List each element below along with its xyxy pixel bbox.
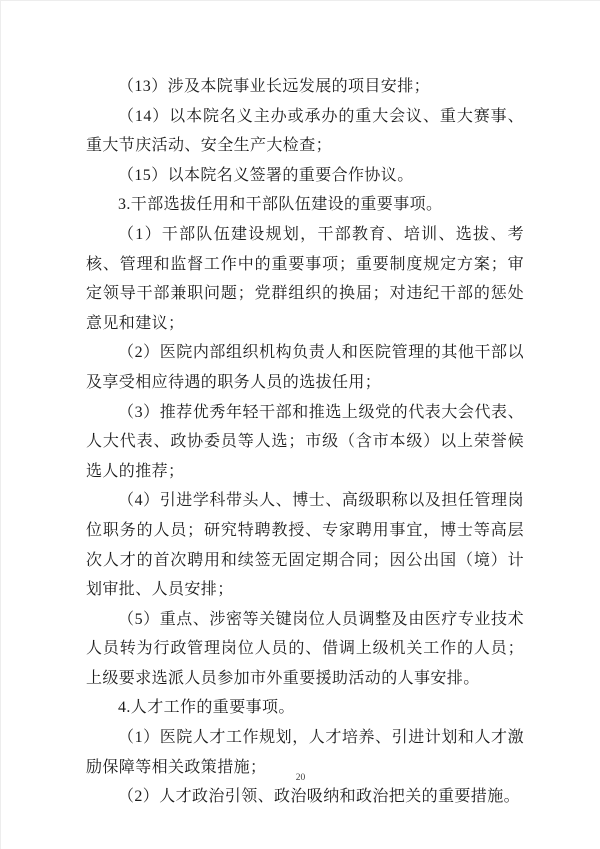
document-page: （13）涉及本院事业长远发展的项目安排；（14）以本院名义主办或承办的重大会议、…: [0, 0, 600, 849]
paragraph: （4）引进学科带头人、博士、高级职称以及担任管理岗位职务的人员；研究特聘教授、专…: [86, 486, 524, 604]
page-number: 20: [1, 773, 600, 783]
paragraph: （1）干部队伍建设规划，干部教育、培训、选拔、考核、管理和监督工作中的重要事项；…: [86, 220, 524, 338]
paragraph: （2）医院内部组织机构负责人和医院管理的其他干部以及享受相应待遇的职务人员的选拔…: [86, 338, 524, 397]
paragraph: （14）以本院名义主办或承办的重大会议、重大赛事、重大节庆活动、安全生产大检查；: [86, 102, 524, 161]
paragraph: （5）重点、涉密等关键岗位人员调整及由医疗专业技术人员转为行政管理岗位人员的、借…: [86, 605, 524, 694]
paragraph: （2）人才政治引领、政治吸纳和政治把关的重要措施。: [86, 782, 524, 812]
paragraph: （13）涉及本院事业长远发展的项目安排；: [86, 72, 524, 102]
paragraph: （15）以本院名义签署的重要合作协议。: [86, 161, 524, 191]
paragraph: 3.干部选拔任用和干部队伍建设的重要事项。: [86, 190, 524, 220]
document-text-block: （13）涉及本院事业长远发展的项目安排；（14）以本院名义主办或承办的重大会议、…: [86, 72, 524, 812]
paragraph: （3）推荐优秀年轻干部和推选上级党的代表大会代表、人大代表、政协委员等人选；市级…: [86, 398, 524, 487]
paragraph: 4.人才工作的重要事项。: [86, 693, 524, 723]
